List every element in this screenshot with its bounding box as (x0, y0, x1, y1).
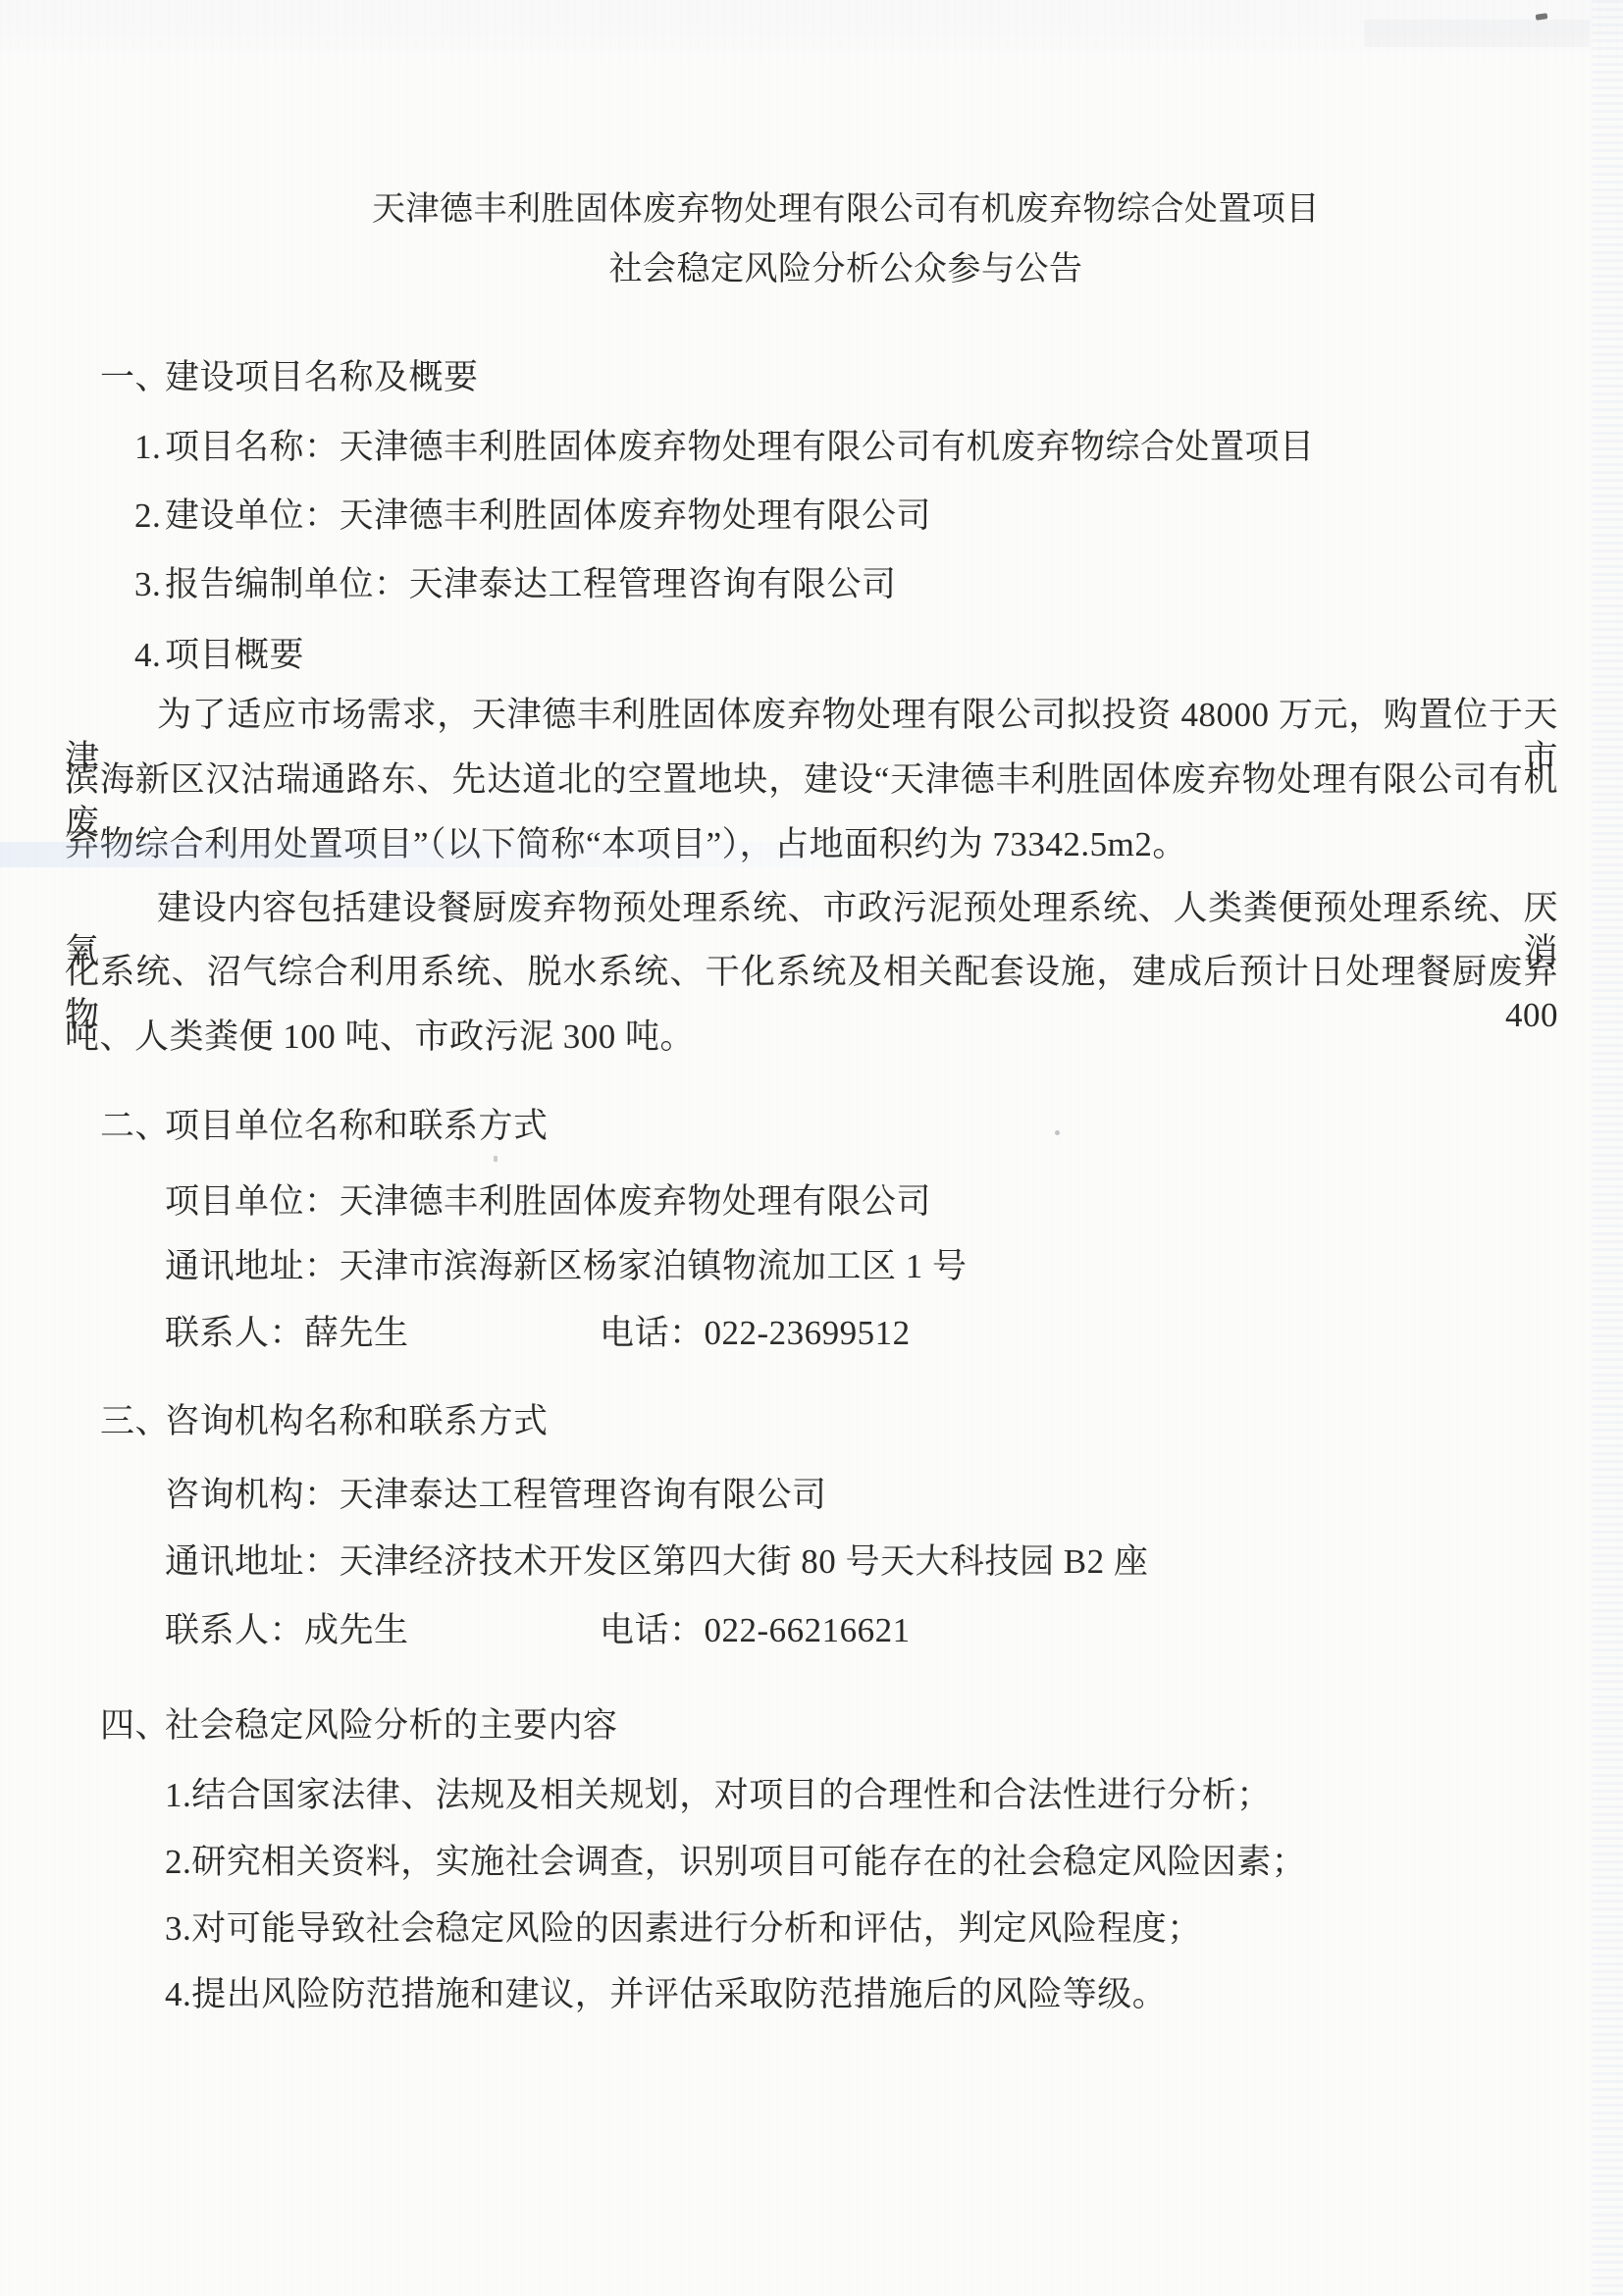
item-text: 建设单位：天津德丰利胜固体废弃物处理有限公司 (165, 496, 931, 535)
section-4-item-3: 3.对可能导致社会稳定风险的因素进行分析和评估，判定风险程度； (165, 1907, 1202, 1951)
consultant-address-row: 通讯地址：天津经济技术开发区第四大街 80 号天大科技园 B2 座 (165, 1540, 1148, 1584)
section-4-title: 社会稳定风险分析的主要内容 (165, 1706, 618, 1745)
paragraph-2-line-3: 吨、人类粪便 100 吨、市政污泥 300 吨。 (65, 1016, 1558, 1059)
item-number: 4. (134, 634, 165, 677)
section-1-item-4: 4.项目概要 (134, 634, 304, 677)
section-4-item-2: 2.研究相关资料，实施社会调查，识别项目可能存在的社会稳定风险因素； (165, 1841, 1306, 1884)
document-title-line2: 社会稳定风险分析公众参与公告 (99, 248, 1593, 291)
document-title-line1: 天津德丰利胜固体废弃物处理有限公司有机废弃物综合处置项目 (99, 188, 1593, 232)
paragraph-1-line-3: 弃物综合利用处置项目”（以下简称“本项目”），占地面积约为 73342.5m2。 (65, 823, 1558, 866)
project-unit-row: 项目单位：天津德丰利胜固体废弃物处理有限公司 (165, 1180, 931, 1224)
section-1-title: 建设项目名称及概要 (165, 358, 479, 396)
scan-speck (1055, 1130, 1060, 1135)
section-2-number: 二、 (100, 1105, 165, 1148)
contact-phone: 电话：022-66216621 (600, 1609, 911, 1652)
contact-person: 联系人：薛先生 (165, 1314, 409, 1352)
scan-shade-artifact (1364, 20, 1590, 47)
consultant-unit-row: 咨询机构：天津泰达工程管理咨询有限公司 (165, 1474, 827, 1517)
section-3-heading: 三、咨询机构名称和联系方式 (100, 1400, 549, 1443)
document-content: 天津德丰利胜固体废弃物处理有限公司有机废弃物综合处置项目 社会稳定风险分析公众参… (65, 0, 1558, 2296)
section-4-heading: 四、社会稳定风险分析的主要内容 (100, 1704, 618, 1748)
section-1-number: 一、 (100, 356, 165, 399)
contact-person: 联系人：成先生 (165, 1611, 409, 1649)
section-1-item-3: 3.报告编制单位：天津泰达工程管理咨询有限公司 (134, 563, 897, 606)
section-4-number: 四、 (100, 1704, 165, 1748)
project-address-row: 通讯地址：天津市滨海新区杨家泊镇物流加工区 1 号 (165, 1245, 968, 1288)
contact-phone: 电话：022-23699512 (600, 1312, 911, 1355)
project-contact-row: 联系人：薛先生电话：022-23699512 (165, 1312, 1244, 1355)
section-3-number: 三、 (100, 1400, 165, 1443)
scan-speck (494, 1156, 497, 1162)
item-text: 项目概要 (165, 636, 304, 674)
section-1-item-2: 2.建设单位：天津德丰利胜固体废弃物处理有限公司 (134, 495, 931, 538)
item-number: 1. (134, 426, 165, 469)
section-3-title: 咨询机构名称和联系方式 (165, 1402, 549, 1440)
item-text: 报告编制单位：天津泰达工程管理咨询有限公司 (165, 565, 897, 603)
item-number: 3. (134, 563, 165, 606)
section-4-item-1: 1.结合国家法律、法规及相关规划，对项目的合理性和合法性进行分析； (165, 1774, 1272, 1817)
consultant-contact-row: 联系人：成先生电话：022-66216621 (165, 1609, 1244, 1652)
scan-edge-noise (1592, 0, 1623, 2296)
section-1-heading: 一、建设项目名称及概要 (100, 356, 479, 399)
item-text: 项目名称：天津德丰利胜固体废弃物处理有限公司有机废弃物综合处置项目 (165, 428, 1315, 466)
section-4-item-4: 4.提出风险防范措施和建议，并评估采取防范措施后的风险等级。 (165, 1973, 1167, 2016)
section-2-heading: 二、项目单位名称和联系方式 (100, 1105, 549, 1148)
item-number: 2. (134, 495, 165, 538)
scanned-document-page: 天津德丰利胜固体废弃物处理有限公司有机废弃物综合处置项目 社会稳定风险分析公众参… (0, 0, 1623, 2296)
section-2-title: 项目单位名称和联系方式 (165, 1107, 549, 1145)
section-1-item-1: 1.项目名称：天津德丰利胜固体废弃物处理有限公司有机废弃物综合处置项目 (134, 426, 1315, 469)
